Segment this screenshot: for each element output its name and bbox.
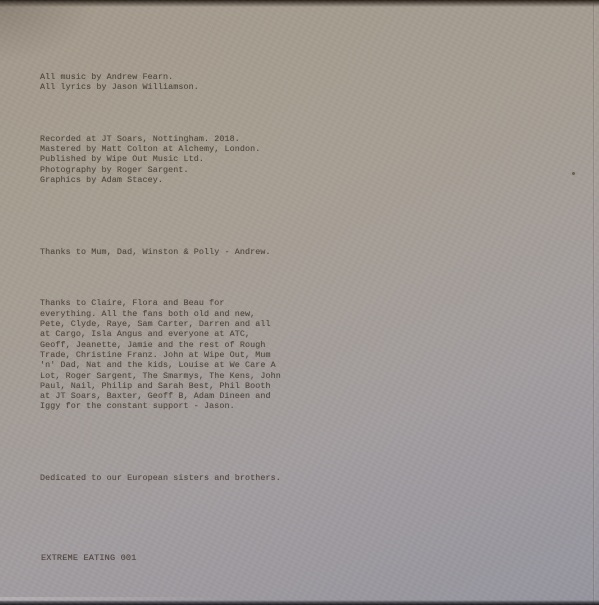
liner-line: Graphics by Adam Stacey. (40, 175, 281, 185)
photo-top-edge (0, 0, 599, 7)
catalog-number: EXTREME EATING 001 (41, 553, 137, 563)
liner-line: Trade, Christine Franz. John at Wipe Out… (40, 350, 281, 360)
liner-line: All music by Andrew Fearn. (40, 72, 281, 82)
liner-line: Thanks to Claire, Flora and Beau for (40, 298, 281, 308)
liner-line: at JT Soars, Baxter, Geoff B, Adam Dinee… (40, 391, 281, 401)
liner-line: Pete, Clyde, Raye, Sam Carter, Darren an… (40, 319, 281, 329)
liner-line: Thanks to Mum, Dad, Winston & Polly - An… (40, 247, 281, 257)
liner-notes: All music by Andrew Fearn.All lyrics by … (40, 41, 281, 515)
liner-line: Lot, Roger Sargent, The Smarmys, The Ken… (40, 371, 281, 381)
record-sleeve-back-photo: All music by Andrew Fearn.All lyrics by … (0, 0, 599, 605)
liner-line: Paul, Nail, Philip and Sarah Best, Phil … (40, 381, 281, 391)
liner-line: All lyrics by Jason Williamson. (40, 82, 281, 92)
thanks-jason-paragraph: Thanks to Claire, Flora and Beau forever… (40, 298, 281, 411)
credits-production-paragraph: Recorded at JT Soars, Nottingham. 2018.M… (40, 134, 281, 185)
liner-line: Photography by Roger Sargent. (40, 165, 281, 175)
liner-line: Dedicated to our European sisters and br… (40, 473, 281, 483)
sleeve-right-edge-crease (593, 0, 594, 605)
thanks-andrew-paragraph: Thanks to Mum, Dad, Winston & Polly - An… (40, 247, 281, 257)
dust-speck (572, 172, 575, 175)
dedication-paragraph: Dedicated to our European sisters and br… (40, 473, 281, 483)
liner-line: at Cargo, Isla Angus and everyone at ATC… (40, 329, 281, 339)
credits-roles-paragraph: All music by Andrew Fearn.All lyrics by … (40, 72, 281, 93)
liner-line: everything. All the fans both old and ne… (40, 309, 281, 319)
liner-line: Iggy for the constant support - Jason. (40, 401, 281, 411)
liner-line: Recorded at JT Soars, Nottingham. 2018. (40, 134, 281, 144)
liner-line: 'n' Dad, Nat and the kids, Louise at We … (40, 360, 281, 370)
liner-line: Mastered by Matt Colton at Alchemy, Lond… (40, 144, 281, 154)
liner-line: Published by Wipe Out Music Ltd. (40, 154, 281, 164)
photo-bottom-edge (0, 600, 599, 605)
liner-line: Geoff, Jeanette, Jamie and the rest of R… (40, 340, 281, 350)
